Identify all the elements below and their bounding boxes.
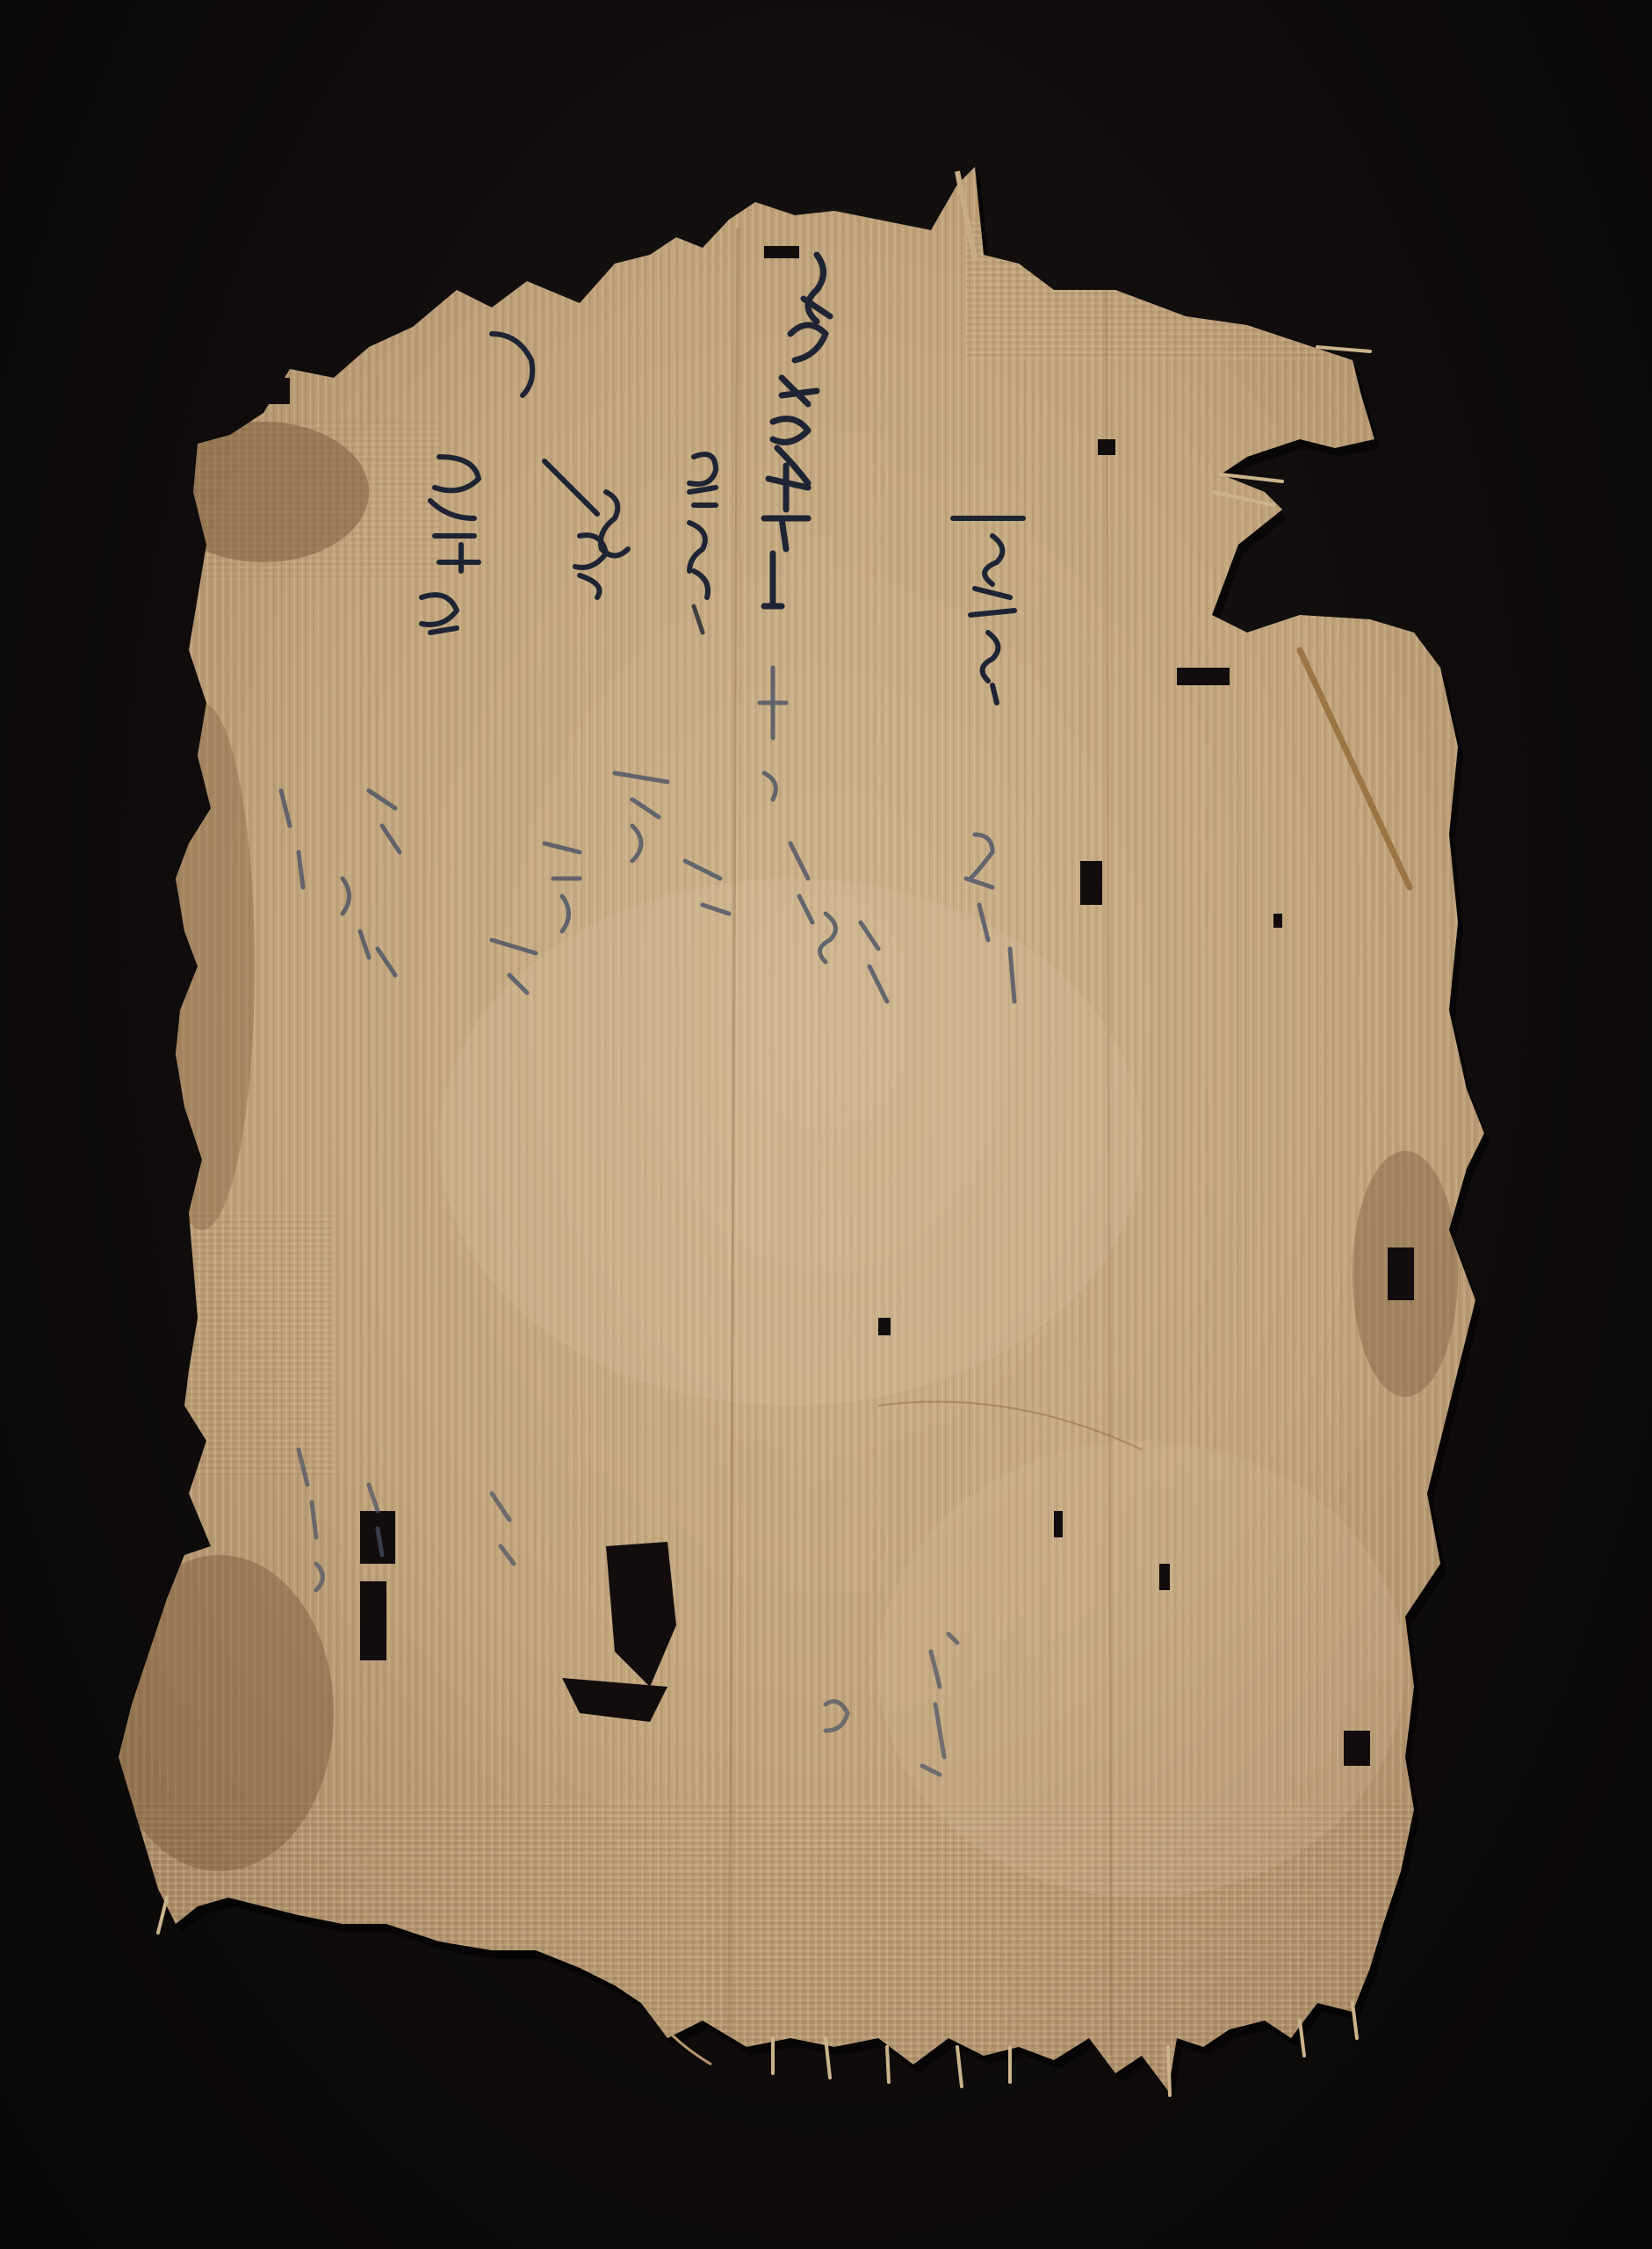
papyrus-fragment-illustration xyxy=(0,0,1652,2249)
photo-scene: Papyrus fragment xyxy=(0,0,1652,2249)
